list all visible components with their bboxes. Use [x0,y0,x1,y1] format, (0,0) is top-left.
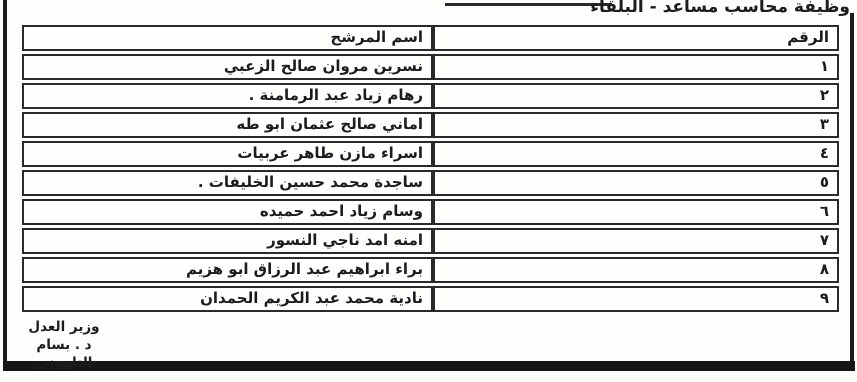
candidate-name: نسرين مروان صالح الزعبي [22,54,433,80]
frame-border-right [850,13,854,366]
candidate-name: نادية محمد عبد الكريم الحمدان [22,286,433,312]
candidate-name: وسام زياد احمد حميده [22,199,433,225]
table-row: ٦ وسام زياد احمد حميده [22,199,839,225]
table-header-row: الرقم اسم المرشح [22,25,839,51]
row-number: ٥ [433,170,839,196]
row-number: ١ [433,54,839,80]
table-row: ٩ نادية محمد عبد الكريم الحمدان [22,286,839,312]
table-row: ٢ رهام زياد عبد الرمامنة . [22,83,839,109]
table-row: ٧ امنه امد ناجي النسور [22,228,839,254]
table-row: ٨ براء ابراهيم عبد الرزاق ابو هزيم [22,257,839,283]
row-number: ٨ [433,257,839,283]
candidate-name: اماني صالح عثمان ابو طه [22,112,433,138]
column-header-number: الرقم [433,25,839,51]
table-row: ٥ ساجدة محمد حسين الخليفات . [22,170,839,196]
table-row: ١ نسرين مروان صالح الزعبي [22,54,839,80]
table-row: ٤ اسراء مازن طاهر عربيات [22,141,839,167]
column-header-candidate-name: اسم المرشح [22,25,433,51]
candidate-name: ساجدة محمد حسين الخليفات . [22,170,433,196]
candidate-name: امنه امد ناجي النسور [22,228,433,254]
frame-border-top [445,3,612,6]
candidate-name: رهام زياد عبد الرمامنة . [22,83,433,109]
table-row: ٣ اماني صالح عثمان ابو طه [22,112,839,138]
frame-border-bottom [3,361,855,371]
candidates-table: الرقم اسم المرشح ١ نسرين مروان صالح الزع… [22,22,839,315]
row-number: ٤ [433,141,839,167]
candidate-name: اسراء مازن طاهر عربيات [22,141,433,167]
signature-block: وزير العدل د . بسام التلهوني [12,318,116,372]
row-number: ٣ [433,112,839,138]
signature-role: وزير العدل [12,318,116,336]
row-number: ٢ [433,83,839,109]
scanned-document-page: وظيفة محاسب مساعد - البلقاء الرقم اسم ال… [0,0,857,382]
candidate-name: براء ابراهيم عبد الرزاق ابو هزيم [22,257,433,283]
frame-border-left [3,0,7,363]
page-title: وظيفة محاسب مساعد - البلقاء [590,0,850,17]
signature-name: د . بسام التلهوني [12,336,116,372]
row-number: ٧ [433,228,839,254]
row-number: ٩ [433,286,839,312]
row-number: ٦ [433,199,839,225]
